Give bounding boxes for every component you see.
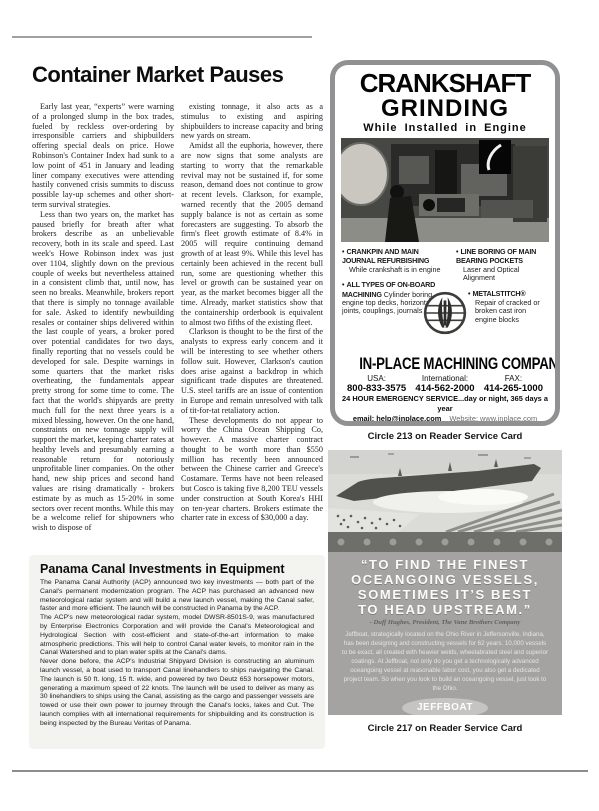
emergency-service-line: 24 HOUR EMERGENCY SERVICE...day or night… — [335, 394, 555, 414]
bottom-divider — [12, 770, 588, 772]
service-item-line-boring: •LINE BORING OF MAIN BEARING POCKETS Las… — [456, 248, 548, 283]
bullet-icon: • — [342, 282, 344, 289]
email-address: email: help@inplace.com — [353, 414, 442, 423]
bullet-icon: • — [342, 249, 344, 256]
ad-subtitle: While Installed in Engine — [335, 121, 555, 135]
website-link: Website: www.inplace.com — [449, 414, 537, 423]
container-market-article: Container Market Pauses Early last year,… — [32, 62, 324, 552]
contact-fax: FAX: 414-265-1000 — [484, 374, 543, 394]
jeffboat-logo: JEFFBOAT — [402, 698, 488, 715]
quote-attribution: - Duff Hughes, President, The Vane Broth… — [328, 619, 562, 626]
service-item-metalstitch: •METALSTITCH® Repair of cracked or broke… — [468, 290, 548, 325]
jeffboat-body-copy: Jeffboat, strategically located on the O… — [341, 630, 549, 693]
service-detail: While crankshaft is in engine — [349, 266, 441, 274]
contact-international: International: 414-562-2000 — [415, 374, 474, 394]
panama-paragraph: The ACP's new meteorological radar syste… — [40, 614, 314, 658]
article-paragraph: Clarkson is thought to be the first of t… — [181, 327, 323, 415]
phone-number: 800-833-3575 — [347, 383, 406, 394]
service-detail: Laser and Optical Alignment — [463, 266, 548, 283]
ad-services-list: •CRANKPIN AND MAIN JOURNAL REFURBISHING … — [335, 246, 555, 354]
company-name: IN-PLACE MACHINING COMPANY — [359, 354, 531, 373]
article-paragraph: Early last year, “experts” were warning … — [32, 102, 174, 210]
jeffboat-ad: “TO FIND THE FINEST OCEANGOING VESSELS, … — [328, 450, 562, 715]
service-detail: Repair of cracked or broken cast iron en… — [475, 299, 548, 324]
contact-label: International: — [415, 374, 474, 383]
panama-paragraph: The Panama Canal Authority (ACP) announc… — [40, 579, 314, 614]
article-paragraph: Amidst all the euphoria, however, there … — [181, 141, 323, 327]
article-title: Container Market Pauses — [32, 62, 324, 88]
contact-label: FAX: — [484, 374, 543, 383]
jeffboat-headline-line: TO HEAD UPSTREAM.” — [328, 602, 562, 617]
contact-label: USA: — [347, 374, 406, 383]
fax-number: 414-265-1000 — [484, 383, 543, 394]
panama-canal-section: Panama Canal Investments in Equipment Th… — [29, 555, 325, 749]
jeffboat-ad-panel: “TO FIND THE FINEST OCEANGOING VESSELS, … — [328, 552, 562, 715]
bullet-icon: • — [468, 291, 470, 298]
article-column-2: existing tonnage, it also acts as a stim… — [181, 102, 323, 552]
panama-paragraph: Never done before, the ACP's Industrial … — [40, 658, 314, 728]
jeffboat-headline-line: SOMETIMES IT’S BEST — [328, 587, 562, 602]
reader-service-note-217: Circle 217 on Reader Service Card — [328, 723, 562, 734]
article-paragraph: These developments do not appear to worr… — [181, 416, 323, 524]
rivet-band — [328, 532, 562, 552]
article-paragraph: Less than two years on, the market has p… — [32, 210, 174, 533]
article-paragraph: existing tonnage, it also acts as a stim… — [181, 102, 323, 141]
panama-section-title: Panama Canal Investments in Equipment — [40, 562, 314, 576]
service-heading: LINE BORING OF MAIN BEARING POCKETS — [456, 247, 536, 265]
contact-block: USA: 800-833-3575 International: 414-562… — [335, 373, 555, 394]
jeffboat-headline-line: OCEANGOING VESSELS, — [328, 572, 562, 587]
ad-services-right: •LINE BORING OF MAIN BEARING POCKETS Las… — [456, 248, 548, 354]
top-divider — [12, 36, 312, 38]
contact-usa: USA: 800-833-3575 — [347, 374, 406, 394]
service-heading: METALSTITCH® — [472, 289, 525, 298]
bullet-icon: • — [456, 249, 458, 256]
article-column-1: Early last year, “experts” were warning … — [32, 102, 174, 552]
reader-service-note-213: Circle 213 on Reader Service Card — [330, 431, 560, 442]
jeffboat-headline-line: “TO FIND THE FINEST — [328, 557, 562, 572]
crankshaft-grinding-ad: CRANKSHAFT GRINDING While Installed in E… — [330, 60, 560, 426]
service-item-crankpin: •CRANKPIN AND MAIN JOURNAL REFURBISHING … — [342, 248, 441, 274]
machine-shop-photo — [341, 138, 549, 242]
magazine-page: Container Market Pauses Early last year,… — [0, 0, 599, 811]
email-website-line: email: help@inplace.comWebsite: www.inpl… — [335, 414, 555, 424]
phone-number: 414-562-2000 — [415, 383, 474, 394]
ship-launch-photo — [328, 450, 562, 532]
ad-headline-line2: GRINDING — [335, 97, 555, 121]
article-columns: Early last year, “experts” were warning … — [32, 102, 324, 552]
globe-logo-icon — [422, 290, 468, 336]
ad-headline-line1: CRANKSHAFT — [335, 70, 555, 97]
service-heading: CRANKPIN AND MAIN JOURNAL REFURBISHING — [342, 247, 429, 265]
